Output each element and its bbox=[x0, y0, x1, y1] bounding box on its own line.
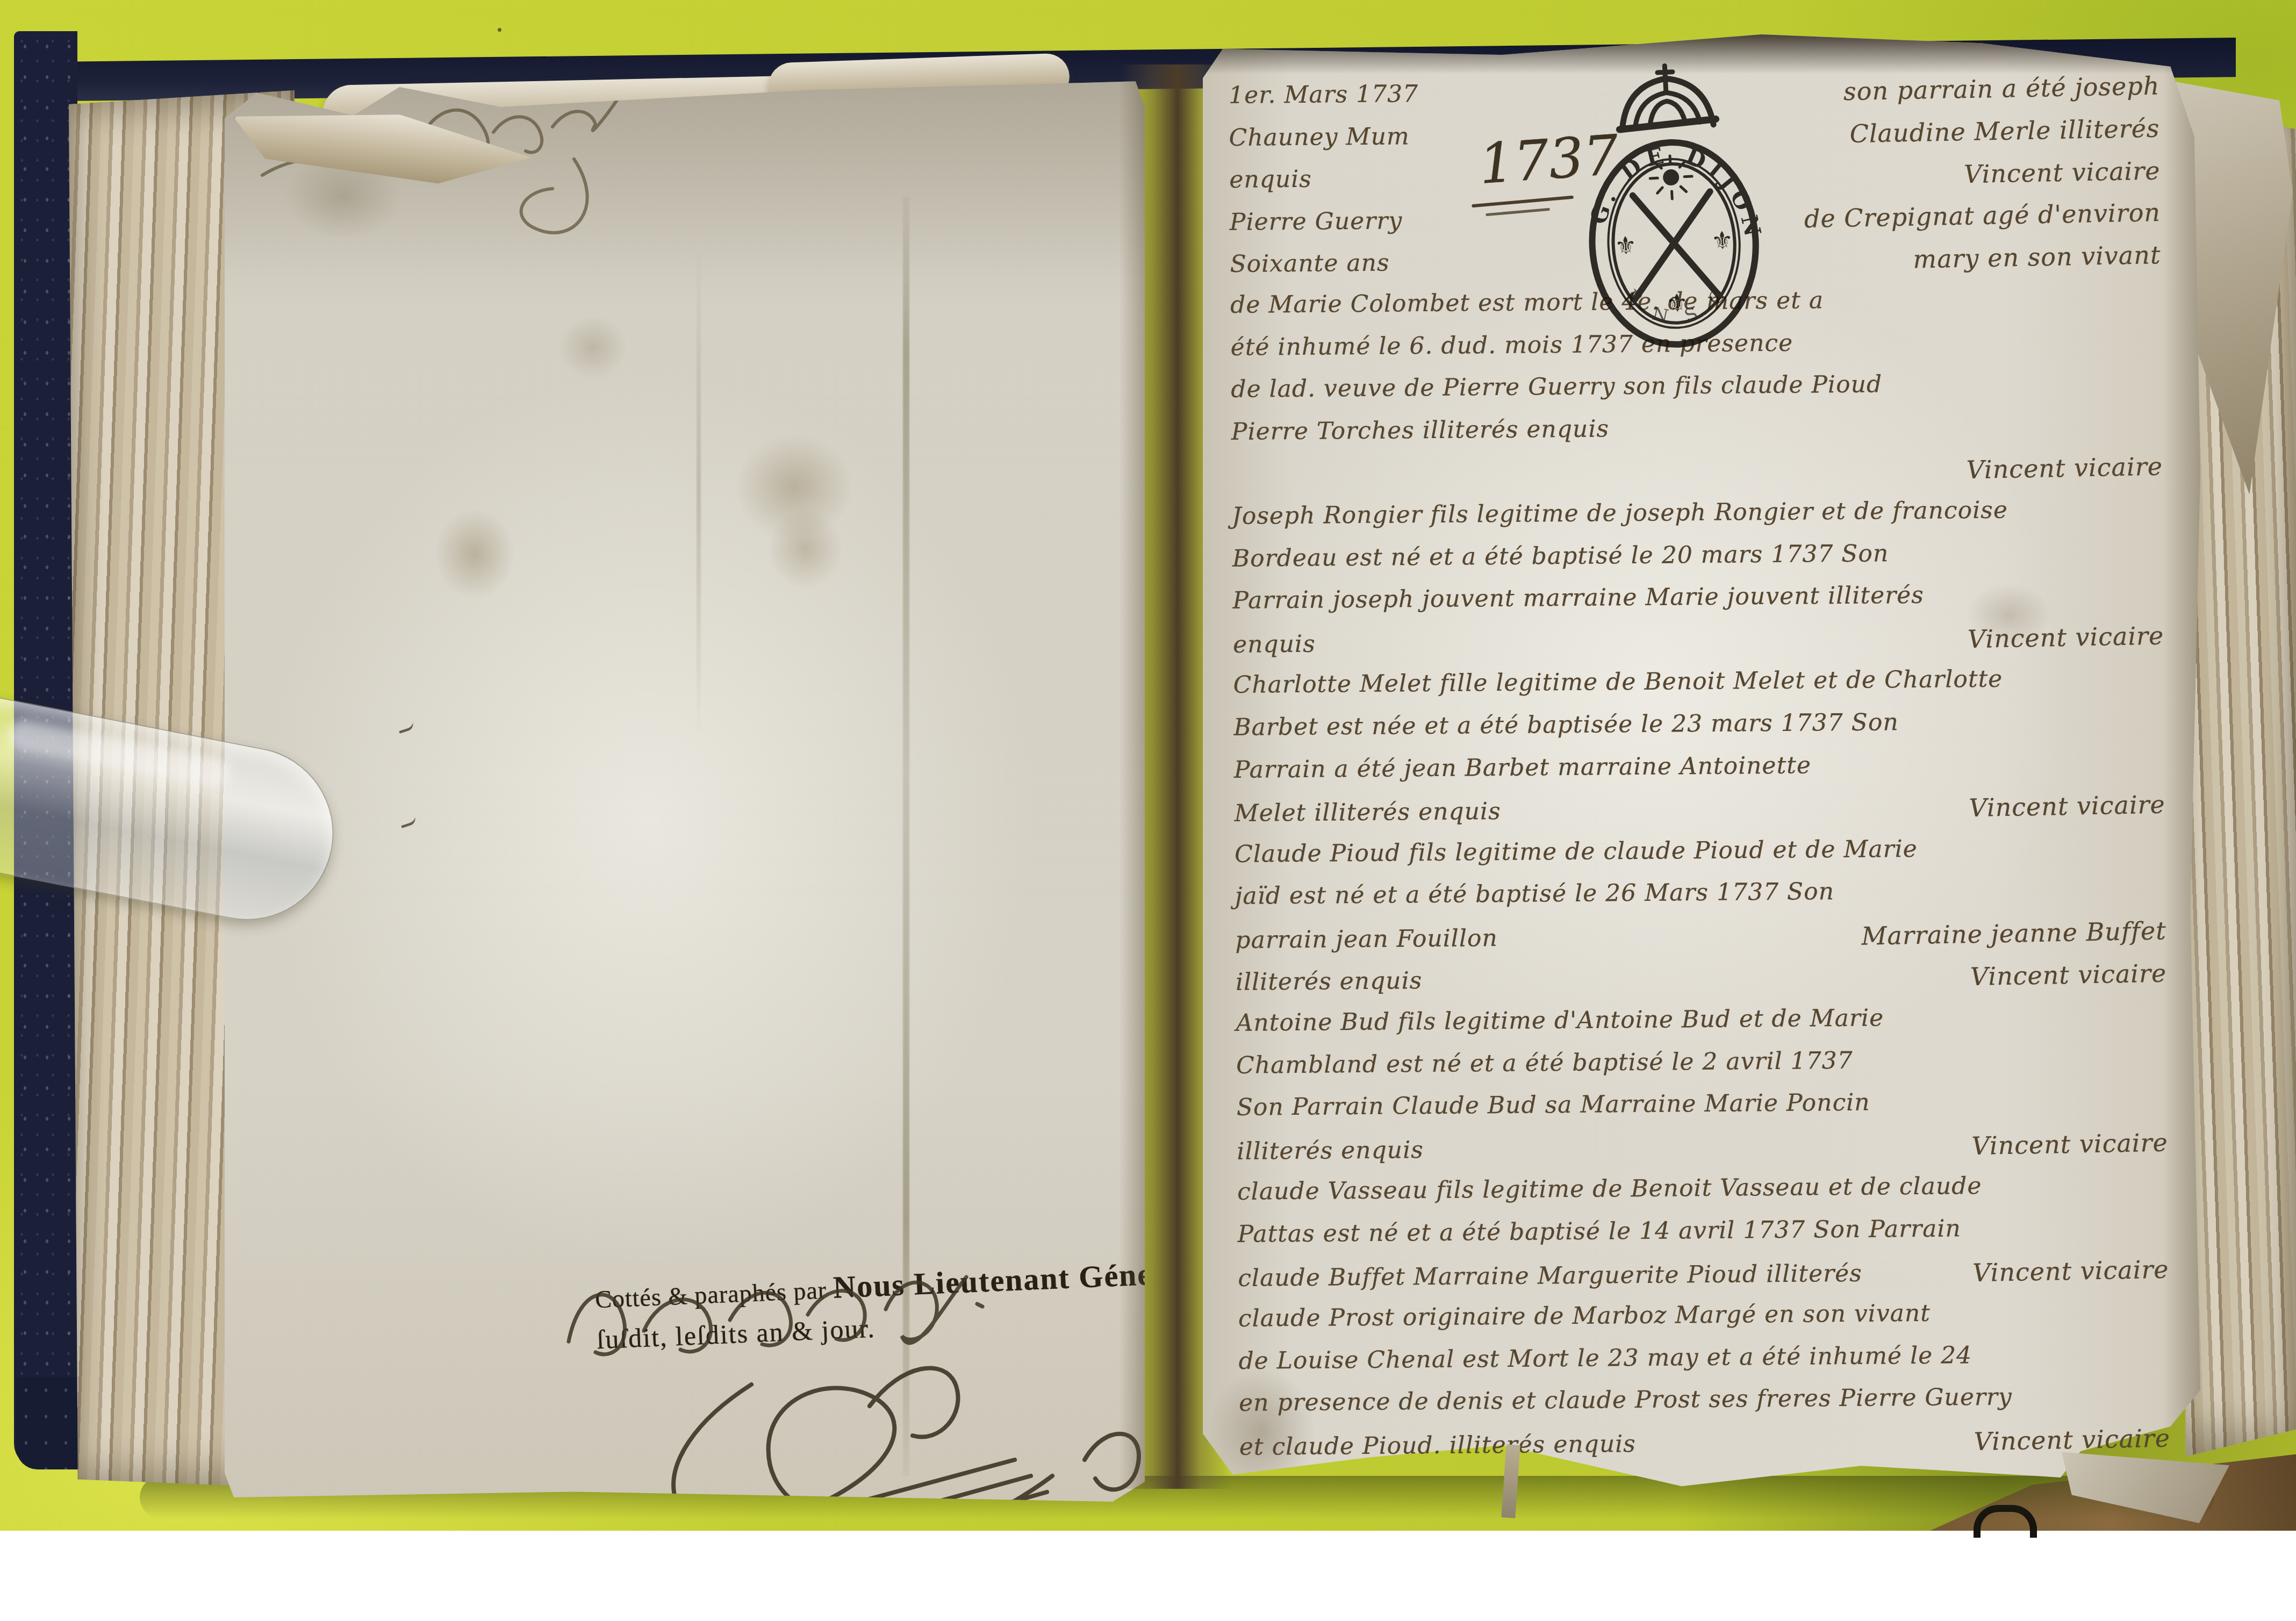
manuscript-line-left: Pierre Guerry bbox=[1230, 207, 1403, 236]
manuscript-line-left: Pattas est né et a été baptisé le 14 avr… bbox=[1238, 1215, 1961, 1248]
manuscript-line-right: mary en son vivant bbox=[1913, 240, 2176, 274]
manuscript-line-right: Vincent vicaire bbox=[1966, 451, 2178, 484]
manuscript-line-right bbox=[2162, 432, 2177, 433]
manuscript-line: Bordeau est né et a été baptisé le 20 ma… bbox=[1232, 537, 2179, 587]
manuscript-line: claude Buffet Marraine Marguerite Pioud … bbox=[1238, 1256, 2184, 1305]
manuscript-line: parrain jean FouillonMarraine jeanne Buf… bbox=[1235, 917, 2182, 967]
manuscript-line-right: Vincent vicaire bbox=[1969, 790, 2180, 822]
manuscript-line-left: Parrain joseph jouvent marraine Marie jo… bbox=[1232, 582, 1924, 614]
manuscript-line-left: claude Buffet Marraine Marguerite Pioud … bbox=[1238, 1259, 1862, 1292]
fleur-de-lis-icon: ⚜ bbox=[1614, 231, 1638, 261]
stain bbox=[434, 508, 515, 600]
manuscript-line-right: Vincent vicaire bbox=[1974, 1423, 2185, 1456]
manuscript-line-right bbox=[2170, 1403, 2185, 1404]
manuscript-line-left: Soixante ans bbox=[1230, 249, 1389, 278]
manuscript-line-right bbox=[2164, 728, 2179, 728]
manuscript-line: en presence de denis et claude Prost ses… bbox=[1239, 1382, 2185, 1431]
ink-mark bbox=[399, 814, 417, 828]
manuscript-line: Antoine Bud fils legitime d'Antoine Bud … bbox=[1236, 1002, 2182, 1051]
manuscript-line-left: Chambland est né et a été baptisé le 2 a… bbox=[1236, 1047, 1853, 1079]
manuscript-line: Joseph Rongier fils legitime de joseph R… bbox=[1232, 495, 2178, 544]
manuscript-line: Melet illiterés enquisVincent vicaire bbox=[1234, 791, 2180, 840]
manuscript-line: Pierre Torches illiterés enquis bbox=[1231, 411, 2178, 460]
manuscript-line-right bbox=[2167, 1023, 2182, 1024]
manuscript-line-right bbox=[2168, 1108, 2183, 1108]
manuscript-line: Barbet est née et a été baptisée le 23 m… bbox=[1233, 706, 2180, 756]
manuscript-line: claude Prost originaire de Marboz Margé … bbox=[1238, 1297, 2185, 1347]
manuscript-line-left: jaïd est né et a été baptisé le 26 Mars … bbox=[1235, 878, 1835, 910]
dijon-tax-stamp: ⚜ ⚜ ⚜ G. DE DIJON E N S O I bbox=[1536, 52, 1810, 382]
manuscript-line: Vincent vicaire bbox=[1231, 453, 2178, 502]
manuscript-line-right: Vincent vicaire bbox=[1967, 621, 2179, 654]
manuscript-line-left: illiterés enquis bbox=[1237, 1136, 1424, 1165]
manuscript-line: claude Vasseau fils legitime de Benoit V… bbox=[1237, 1171, 2184, 1221]
manuscript-line-right bbox=[2167, 1066, 2182, 1066]
manuscript-line-right: de Crepignat agé d'environ bbox=[1804, 197, 2176, 233]
manuscript-line-right bbox=[2165, 770, 2180, 770]
manuscript-line-left: enquis bbox=[1233, 630, 1316, 658]
manuscript-line-left: et claude Pioud. illiterés enquis bbox=[1239, 1430, 1636, 1461]
manuscript-line: et claude Pioud. illiterés enquisVincent… bbox=[1239, 1424, 2186, 1474]
manuscript-line-left: Melet illiterés enquis bbox=[1234, 798, 1501, 827]
manuscript-line: illiterés enquisVincent vicaire bbox=[1236, 960, 2182, 1009]
manuscript-line-left: claude Prost originaire de Marboz Margé … bbox=[1238, 1300, 1931, 1332]
manuscript-line-left: Charlotte Melet fille legitime de Benoit… bbox=[1233, 665, 2003, 699]
manuscript-line-right: Vincent vicaire bbox=[1972, 1254, 2184, 1287]
left-page: Cottés & paraphés par Nous Lieutenant Gé… bbox=[225, 78, 1145, 1502]
manuscript-line-right bbox=[2163, 517, 2178, 517]
manuscript-line: Claude Pioud fils legitime de claude Pio… bbox=[1235, 833, 2181, 883]
manuscript-line-left: Son Parrain Claude Bud sa Marraine Marie… bbox=[1237, 1089, 1870, 1121]
manuscript-line-right: Vincent vicaire bbox=[1970, 958, 2182, 991]
manuscript-line-left: 1er. Mars 1737 bbox=[1229, 80, 1418, 109]
manuscript-line-left: Chauney Mum bbox=[1229, 123, 1409, 152]
manuscript-line: Charlotte Melet fille legitime de Benoit… bbox=[1233, 664, 2179, 713]
manuscript-line-right: Claudine Merle illiterés bbox=[1849, 113, 2175, 148]
manuscript-line-right bbox=[2162, 390, 2177, 390]
manuscript-line-right bbox=[2169, 1235, 2184, 1235]
ink-mark bbox=[397, 719, 415, 734]
manuscript-line: Parrain joseph jouvent marraine Marie jo… bbox=[1232, 579, 2179, 629]
manuscript-line-left: Barbet est née et a été baptisée le 23 m… bbox=[1233, 708, 1899, 741]
dust-speck bbox=[498, 28, 501, 32]
manuscript-line-left: Antoine Bud fils legitime d'Antoine Bud … bbox=[1236, 1004, 1884, 1036]
manuscript-line-left: en presence de denis et claude Prost ses… bbox=[1239, 1383, 2012, 1417]
photo-stage: Cottés & paraphés par Nous Lieutenant Gé… bbox=[0, 0, 2296, 1531]
manuscript-line-right bbox=[2164, 601, 2179, 601]
manuscript-line-left: enquis bbox=[1229, 166, 1312, 193]
manuscript-line-right bbox=[2168, 1192, 2183, 1193]
manuscript-line-left: parrain jean Fouillon bbox=[1235, 924, 1498, 954]
manuscript-line: jaïd est né et a été baptisé le 26 Mars … bbox=[1235, 875, 2182, 924]
manuscript-line: Pattas est né et a été baptisé le 14 avr… bbox=[1238, 1213, 2184, 1263]
manuscript-line-left: Claude Pioud fils legitime de claude Pio… bbox=[1235, 835, 1918, 868]
manuscript-line: illiterés enquisVincent vicaire bbox=[1237, 1129, 2183, 1178]
manuscript-line: enquisVincent vicaire bbox=[1233, 622, 2179, 671]
manuscript-line-right bbox=[2161, 305, 2176, 306]
manuscript-line-right bbox=[2162, 348, 2177, 348]
manuscript-line-left: Parrain a été jean Barbet marraine Antoi… bbox=[1234, 751, 1811, 783]
page-crease bbox=[697, 250, 701, 734]
manuscript-line-right: son parrain a été joseph bbox=[1843, 71, 2175, 106]
stain bbox=[558, 315, 628, 379]
manuscript-line: Son Parrain Claude Bud sa Marraine Marie… bbox=[1237, 1086, 2183, 1136]
manuscript-line: de lad. veuve de Pierre Guerry son fils … bbox=[1231, 368, 2177, 418]
stain bbox=[767, 508, 843, 589]
manuscript-line-left: claude Vasseau fils legitime de Benoit V… bbox=[1237, 1172, 1982, 1206]
manuscript-line-left: illiterés enquis bbox=[1236, 967, 1423, 996]
manuscript-line-right: Vincent vicaire bbox=[1963, 156, 2175, 189]
manuscript-line-right bbox=[2166, 896, 2181, 897]
fleur-de-lis-icon: ⚜ bbox=[1710, 225, 1734, 255]
manuscript-line: Chambland est né et a été baptisé le 2 a… bbox=[1236, 1044, 2183, 1094]
manuscript-line: de Louise Chenal est Mort le 23 may et a… bbox=[1238, 1340, 2185, 1389]
manuscript-line-left: Joseph Rongier fils legitime de joseph R… bbox=[1232, 497, 2008, 530]
manuscript-line-left: Bordeau est né et a été baptisé le 20 ma… bbox=[1232, 540, 1889, 572]
manuscript-line-right bbox=[2163, 558, 2178, 559]
manuscript-line-right bbox=[2169, 1319, 2184, 1319]
manuscript-line-right bbox=[2164, 685, 2179, 686]
manuscript-line: Parrain a été jean Barbet marraine Antoi… bbox=[1234, 749, 2180, 798]
manuscript-line-right bbox=[2170, 1361, 2185, 1362]
manuscript-line-right: Marraine jeanne Buffet bbox=[1861, 916, 2182, 951]
manuscript-line-left: de Louise Chenal est Mort le 23 may et a… bbox=[1238, 1342, 1972, 1375]
manuscript-line-right bbox=[2165, 855, 2180, 855]
manuscript-line-left: Pierre Torches illiterés enquis bbox=[1231, 415, 1609, 446]
manuscript-line-right: Vincent vicaire bbox=[1971, 1128, 2183, 1160]
